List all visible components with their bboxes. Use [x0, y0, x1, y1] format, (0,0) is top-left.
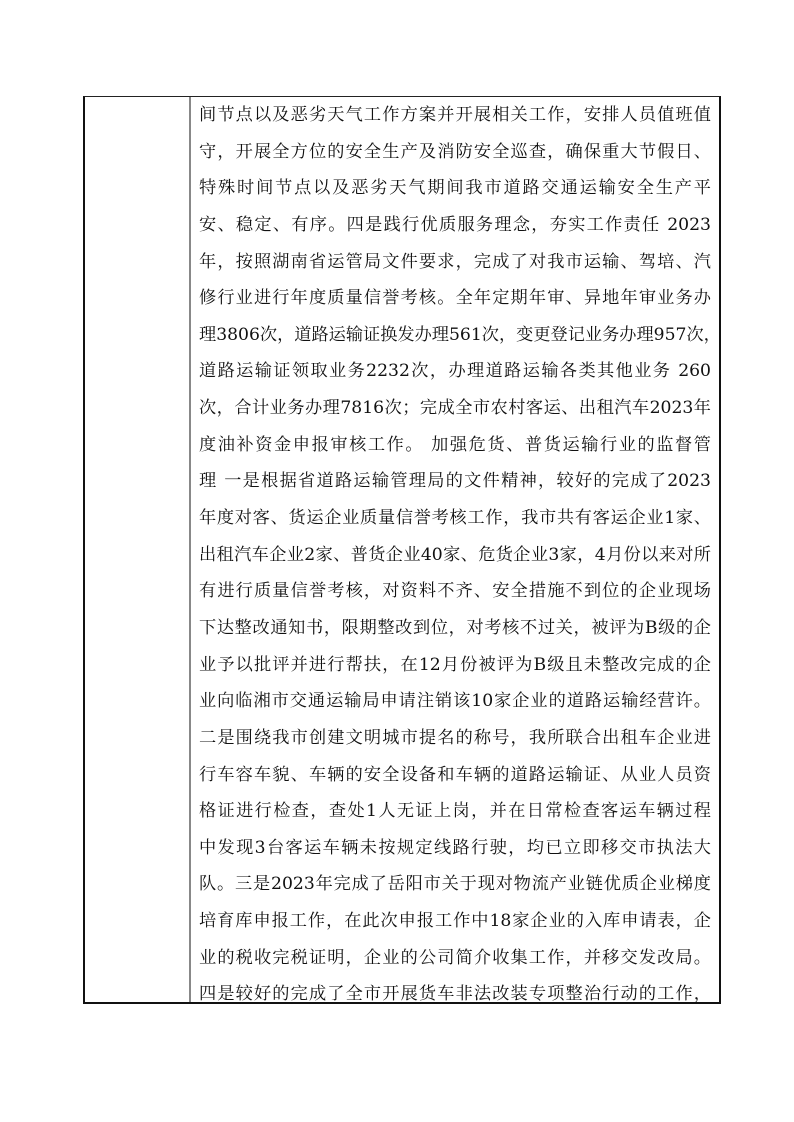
text-line: 安、稳定、有序。四是践行优质服务理念，夯实工作责任 2023 — [199, 207, 711, 244]
table-right-cell: 间节点以及恶劣天气工作方案并开展相关工作，安排人员值班值守，开展全方位的安全生产… — [191, 97, 719, 1002]
text-line: 行车容车貌、车辆的安全设备和车辆的道路运输证、从业人员资 — [199, 757, 711, 794]
text-line: 四是较好的完成了全市开展货车非法改装专项整治行动的工作， — [199, 976, 711, 1013]
text-line: 理 一是根据省道路运输管理局的文件精神，较好的完成了2023 — [199, 463, 711, 500]
content-table: 间节点以及恶劣天气工作方案并开展相关工作，安排人员值班值守，开展全方位的安全生产… — [83, 96, 721, 1004]
text-line: 二是围绕我市创建文明城市提名的称号，我所联合出租车企业进 — [199, 720, 711, 757]
text-line: 下达整改通知书，限期整改到位，对考核不过关，被评为B级的企 — [199, 610, 711, 647]
text-line: 队。三是2023年完成了岳阳市关于现对物流产业链优质企业梯度 — [199, 866, 711, 903]
text-line: 培育库申报工作，在此次申报工作中18家企业的入库申请表，企 — [199, 903, 711, 940]
text-line: 中发现3台客运车辆未按规定线路行驶，均已立即移交市执法大 — [199, 830, 711, 867]
text-line: 道路运输证领取业务2232次，办理道路运输各类其他业务 260 — [199, 353, 711, 390]
text-line: 业的税收完税证明，企业的公司简介收集工作，并移交发改局。 — [199, 940, 711, 977]
text-line: 出租汽车企业2家、普货企业40家、危货企业3家，4月份以来对所 — [199, 537, 711, 574]
text-line: 守，开展全方位的安全生产及消防安全巡查，确保重大节假日、 — [199, 134, 711, 171]
text-line: 格证进行检查，查处1人无证上岗，并在日常检查客运车辆过程 — [199, 793, 711, 830]
text-line: 业向临湘市交通运输局申请注销该10家企业的道路运输经营许。 — [199, 683, 711, 720]
table-left-cell — [85, 97, 191, 1002]
text-line: 度油补资金申报审核工作。 加强危货、普货运输行业的监督管 — [199, 427, 711, 464]
paragraph-body: 间节点以及恶劣天气工作方案并开展相关工作，安排人员值班值守，开展全方位的安全生产… — [199, 97, 711, 1013]
text-line: 业予以批评并进行帮扶，在12月份被评为B级且未整改完成的企 — [199, 647, 711, 684]
text-line: 特殊时间节点以及恶劣天气期间我市道路交通运输安全生产平 — [199, 170, 711, 207]
text-line: 理3806次，道路运输证换发办理561次，变更登记业务办理957次， — [199, 317, 711, 354]
text-line: 间节点以及恶劣天气工作方案并开展相关工作，安排人员值班值 — [199, 97, 711, 134]
text-line: 有进行质量信誉考核，对资料不齐、安全措施不到位的企业现场 — [199, 573, 711, 610]
text-line: 年度对客、货运企业质量信誉考核工作，我市共有客运企业1家、 — [199, 500, 711, 537]
text-line: 年，按照湖南省运管局文件要求，完成了对我市运输、驾培、汽 — [199, 244, 711, 281]
text-line: 次，合计业务办理7816次；完成全市农村客运、出租汽车2023年 — [199, 390, 711, 427]
text-line: 修行业进行年度质量信誉考核。全年定期年审、异地年审业务办 — [199, 280, 711, 317]
